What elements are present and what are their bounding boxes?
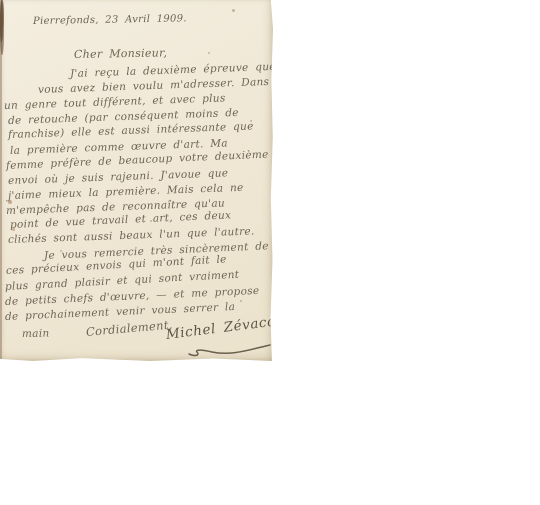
letter-salutation: Cher Monsieur, <box>74 46 167 61</box>
letter-signature: Michel Zévaco, <box>165 313 282 343</box>
paper-speckle <box>232 9 235 12</box>
letter-closing: Cordialement, <box>85 317 173 339</box>
signature-flourish <box>186 342 272 358</box>
letter-body-line-18: main <box>22 328 50 340</box>
letter-dateline: Pierrefonds, 23 Avril 1909. <box>33 13 187 27</box>
paper-speckle <box>240 300 242 302</box>
paper-edge-stain <box>1 0 4 28</box>
letter-paper: Pierrefonds, 23 Avril 1909. Cher Monsieu… <box>0 0 273 361</box>
paper-speckle <box>208 52 210 54</box>
scanned-letter-canvas: Pierrefonds, 23 Avril 1909. Cher Monsieu… <box>0 0 540 505</box>
